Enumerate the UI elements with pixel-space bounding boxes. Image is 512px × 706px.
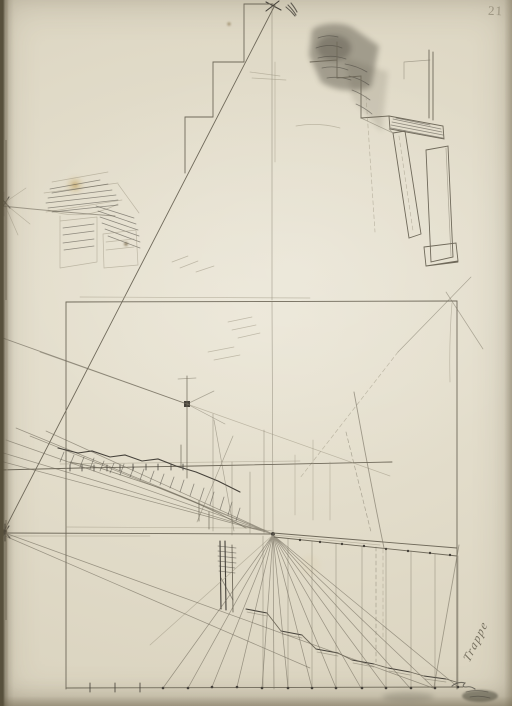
slope-diagonal — [4, 5, 275, 531]
page-number: 21 — [488, 3, 504, 20]
frame-bottom — [66, 687, 463, 688]
upper-stair-flight — [0, 337, 390, 548]
page-bottom-edge-shadow — [0, 696, 512, 706]
stepped-profile — [185, 4, 273, 173]
left-slab — [393, 131, 421, 238]
left-cornice-sketch — [44, 172, 140, 268]
sketchbook-page: 21 Trappe — [0, 0, 512, 706]
principal-vanishing-point — [271, 532, 457, 556]
apex-x-mark — [266, 1, 281, 11]
page-right-edge-shadow — [504, 0, 512, 706]
top-right-step-study — [296, 24, 483, 478]
treads — [246, 609, 446, 679]
lower-stair-flight — [218, 536, 459, 688]
right-slab — [426, 146, 453, 262]
upper-elevation-construction — [4, 1, 297, 532]
page-binding-edge — [0, 0, 14, 706]
pencil-staircase-drawing — [0, 0, 512, 706]
measure-line — [0, 462, 392, 470]
horizon-and-measure-lines — [0, 461, 392, 541]
frame-top — [66, 301, 457, 302]
paper-stains — [69, 22, 321, 575]
